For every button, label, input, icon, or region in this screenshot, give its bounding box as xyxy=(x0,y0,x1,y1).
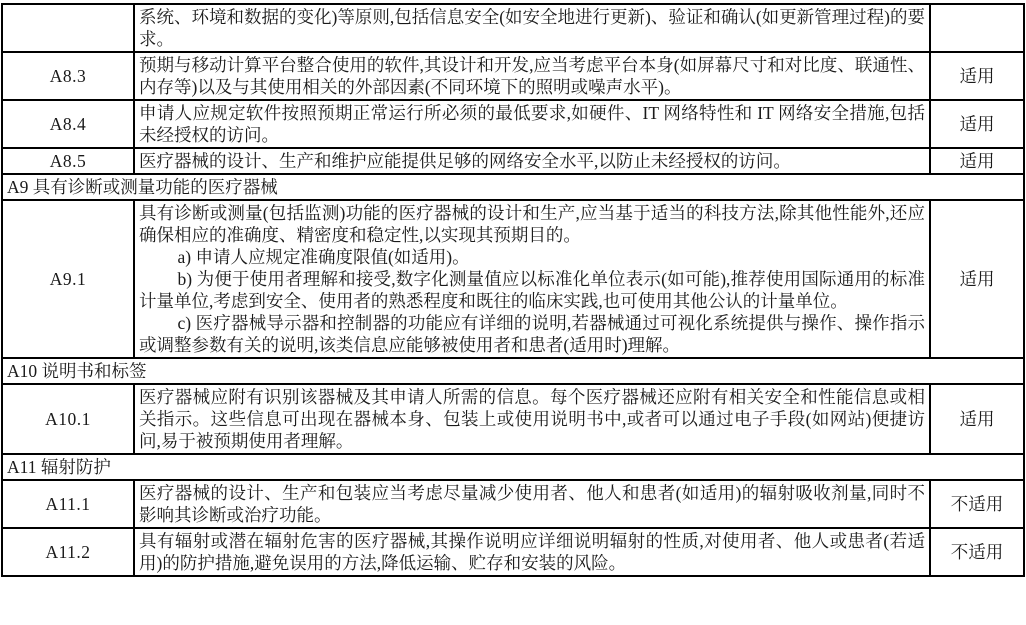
table-row: 系统、环境和数据的变化)等原则,包括信息安全(如安全地进行更新)、验证和确认(如… xyxy=(2,4,1024,52)
row-text: 具有辐射或潜在辐射危害的医疗器械,其操作说明应详细说明辐射的性质,对使用者、他人… xyxy=(134,528,930,576)
table-row: A9.1 具有诊断或测量(包括监测)功能的医疗器械的设计和生产,应当基于适当的科… xyxy=(2,200,1024,358)
table-row: A8.3 预期与移动计算平台整合使用的软件,其设计和开发,应当考虑平台本身(如屏… xyxy=(2,52,1024,100)
section-title: A11 辐射防护 xyxy=(2,454,1024,480)
row-text: 预期与移动计算平台整合使用的软件,其设计和开发,应当考虑平台本身(如屏幕尺寸和对… xyxy=(134,52,930,100)
row-code: A11.2 xyxy=(2,528,134,576)
row-status xyxy=(930,4,1024,52)
row-status: 适用 xyxy=(930,52,1024,100)
row-text: 具有诊断或测量(包括监测)功能的医疗器械的设计和生产,应当基于适当的科技方法,除… xyxy=(134,200,930,358)
row-status: 适用 xyxy=(930,200,1024,358)
row-code xyxy=(2,4,134,52)
row-status: 适用 xyxy=(930,148,1024,174)
section-row: A11 辐射防护 xyxy=(2,454,1024,480)
table-row: A8.4 申请人应规定软件按照预期正常运行所必须的最低要求,如硬件、IT 网络特… xyxy=(2,100,1024,148)
row-code: A8.4 xyxy=(2,100,134,148)
row-text: 系统、环境和数据的变化)等原则,包括信息安全(如安全地进行更新)、验证和确认(如… xyxy=(134,4,930,52)
table-row: A11.2 具有辐射或潜在辐射危害的医疗器械,其操作说明应详细说明辐射的性质,对… xyxy=(2,528,1024,576)
section-row: A9 具有诊断或测量功能的医疗器械 xyxy=(2,174,1024,200)
row-text: 医疗器械应附有识别该器械及其申请人所需的信息。每个医疗器械还应附有相关安全和性能… xyxy=(134,384,930,454)
row-paragraph: 具有诊断或测量(包括监测)功能的医疗器械的设计和生产,应当基于适当的科技方法,除… xyxy=(139,202,925,246)
row-paragraph: a) 申请人应规定准确度限值(如适用)。 xyxy=(139,246,925,268)
row-text: 医疗器械的设计、生产和维护应能提供足够的网络安全水平,以防止未经授权的访问。 xyxy=(134,148,930,174)
row-text: 申请人应规定软件按照预期正常运行所必须的最低要求,如硬件、IT 网络特性和 IT… xyxy=(134,100,930,148)
section-title: A10 说明书和标签 xyxy=(2,358,1024,384)
row-paragraph: c) 医疗器械导示器和控制器的功能应有详细的说明,若器械通过可视化系统提供与操作… xyxy=(139,312,925,356)
requirements-table: 系统、环境和数据的变化)等原则,包括信息安全(如安全地进行更新)、验证和确认(如… xyxy=(1,3,1025,577)
section-title: A9 具有诊断或测量功能的医疗器械 xyxy=(2,174,1024,200)
row-status: 适用 xyxy=(930,384,1024,454)
table-row: A10.1 医疗器械应附有识别该器械及其申请人所需的信息。每个医疗器械还应附有相… xyxy=(2,384,1024,454)
table-row: A11.1 医疗器械的设计、生产和包装应当考虑尽量减少使用者、他人和患者(如适用… xyxy=(2,480,1024,528)
row-status: 适用 xyxy=(930,100,1024,148)
table-row: A8.5 医疗器械的设计、生产和维护应能提供足够的网络安全水平,以防止未经授权的… xyxy=(2,148,1024,174)
section-row: A10 说明书和标签 xyxy=(2,358,1024,384)
document-page: 系统、环境和数据的变化)等原则,包括信息安全(如安全地进行更新)、验证和确认(如… xyxy=(0,0,1026,625)
row-status: 不适用 xyxy=(930,528,1024,576)
row-code: A8.3 xyxy=(2,52,134,100)
row-code: A10.1 xyxy=(2,384,134,454)
row-code: A9.1 xyxy=(2,200,134,358)
row-status: 不适用 xyxy=(930,480,1024,528)
row-code: A11.1 xyxy=(2,480,134,528)
row-paragraph: b) 为便于使用者理解和接受,数字化测量值应以标准化单位表示(如可能),推荐使用… xyxy=(139,268,925,312)
row-text: 医疗器械的设计、生产和包装应当考虑尽量减少使用者、他人和患者(如适用)的辐射吸收… xyxy=(134,480,930,528)
row-code: A8.5 xyxy=(2,148,134,174)
